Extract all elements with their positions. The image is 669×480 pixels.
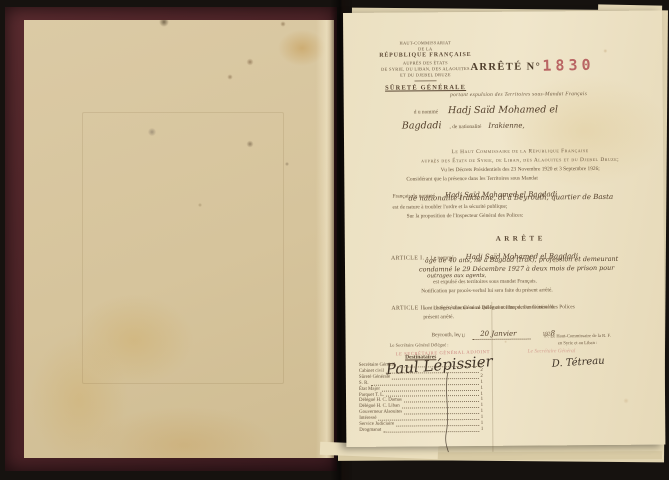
letterhead-divider [415, 80, 437, 81]
preamble-line1: Le Haut Commissaire de la République Fra… [380, 148, 660, 156]
preamble-line6-hand: de nationalité Irakienne, dt à Beyrouth,… [408, 193, 613, 203]
article1-hand-line3: condamné le 29 Décembre 1927 à deux mois… [419, 264, 614, 274]
endpaper-emboss-rectangle [82, 112, 284, 384]
decree-number-stamp: 1830 [542, 56, 595, 75]
letterhead-org-line1: HAUT-COMMISSARIAT [365, 40, 485, 46]
letterhead-org-line5: DE SYRIE, DU LIBAN, DES ALAOUITES [365, 66, 485, 72]
destinataires-list: Destinataires Secrétaire Général2 Cabine… [359, 354, 484, 434]
letterhead-service: SÛRETÉ GÉNÉRALE [366, 84, 486, 92]
preamble-line8: Sur la proposition de l'Inspecteur Génér… [407, 213, 524, 220]
scanned-book-photo: { "palette": { "background": "#16120f", … [0, 0, 669, 480]
right-signature: D. Tétreau [551, 356, 605, 370]
article1-hand-line2: âgé de 40 ans, né à Bagdad (Irak), profe… [425, 255, 618, 265]
notification-line: Notification par procès-verbal lui sera … [421, 287, 553, 294]
letterhead-org-line2: DE LA [365, 46, 485, 52]
arrete-word: ARRÊTE [381, 234, 661, 244]
letterhead-org-line3: RÉPUBLIQUE FRANÇAISE [365, 52, 485, 59]
dotted-leader [383, 431, 479, 433]
destinataires-title: Destinataires [359, 354, 483, 361]
article1-tail: est expulsé des territoires sous mandat … [433, 278, 537, 285]
subject-mid: , de nationalité [449, 124, 481, 130]
letterhead-org-line4: AUPRÈS DES ÉTATS [365, 60, 485, 66]
subject-nationality: Irakienne, [488, 122, 524, 130]
document-page: HAUT-COMMISSARIAT DE LA RÉPUBLIQUE FRANÇ… [343, 10, 665, 446]
decree-title: ARRÊTÉ N° [470, 61, 541, 73]
vu-label: VU [458, 334, 466, 339]
destinataire-count: 1 [481, 427, 483, 433]
subject-line-2: Bagdadi , de nationalité Irakienne, [402, 115, 525, 134]
destinataire-label: Drogmanat [359, 428, 381, 434]
preamble-line7: est de nature à troubler l'ordre et la s… [393, 204, 508, 211]
letterhead-org-line6: ET DU DJEBEL DRUZE [365, 72, 485, 78]
right-signatory-role-1: P/. Le Haut-Commissaire de la R. F. [518, 333, 638, 339]
right-signatory-role-2: en Syrie et au Liban : [518, 340, 638, 346]
article2-line3: présent arrêté. [423, 314, 454, 320]
letterhead: HAUT-COMMISSARIAT DE LA RÉPUBLIQUE FRANÇ… [365, 40, 485, 92]
dateline-place: Beyrouth, le [432, 332, 459, 338]
decree-subtitle: portant expulsion des Territoires sous-M… [404, 91, 634, 99]
destinataire-row: Drogmanat1 [359, 427, 483, 434]
preamble-line2: auprès des États de Syrie, de Liban, des… [374, 156, 666, 164]
article2-line2: sont chargés, chacun en ce qui le concer… [423, 304, 554, 311]
preamble-line3: Vu les Décrets Présidentiels des 23 Nove… [380, 166, 660, 174]
preamble-line4: Considérant que la présence dans les Ter… [406, 175, 538, 182]
left-endpaper [24, 20, 334, 458]
left-signatory-role: Le Secrétaire Général Délégué : [390, 342, 449, 347]
subject-name-part2: Bagdadi [402, 120, 442, 131]
right-red-stamp: Le Secrétaire Général [528, 348, 576, 354]
